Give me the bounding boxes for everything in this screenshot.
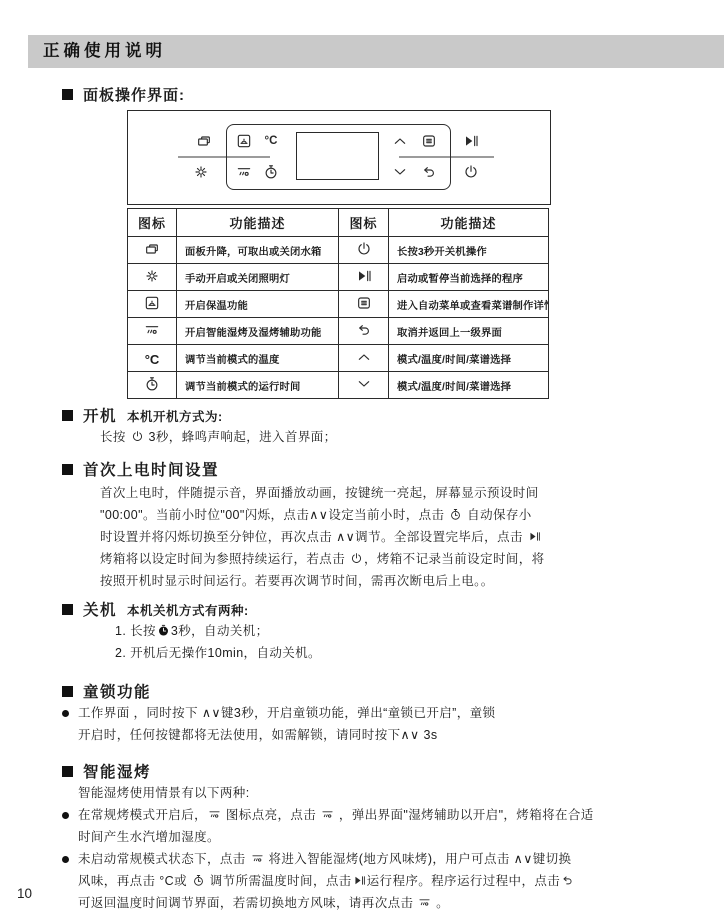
panel-screen xyxy=(296,132,379,180)
wet-bake-icon xyxy=(208,808,221,821)
power-icon xyxy=(350,552,363,565)
icon-cell xyxy=(128,237,177,264)
power-icon xyxy=(463,164,479,180)
child-lock-line: 工作界面 ，同时按下 ∧∨键3秒，开启童锁功能，弹出“童锁已开启”，童锁 xyxy=(78,702,707,724)
lamp-icon xyxy=(193,164,209,180)
icon-cell xyxy=(128,264,177,291)
smart-wet-line: 在常规烤模式开启后， 图标点亮，点击 ，弹出界面"湿烤辅助以开启"，烤箱将在合适 xyxy=(78,804,707,826)
return-icon xyxy=(561,874,574,887)
play-pause-icon xyxy=(463,133,479,149)
timer-icon xyxy=(144,376,160,392)
section-power-off-heading: 关机 本机关机方式有两种: xyxy=(62,598,707,620)
icon-cell xyxy=(339,345,389,372)
desc-cell: 进入自动菜单或查看菜谱制作详情 xyxy=(389,291,549,318)
column-header: 功能描述 xyxy=(389,209,549,237)
first-time-line: 时设置并将闪烁切换至分钟位，再次点击 ∧∨调节。全部设置完毕后，点击 xyxy=(100,526,707,548)
down-icon xyxy=(392,164,408,180)
desc-cell: 调节当前模式的运行时间 xyxy=(177,372,339,399)
panel-lift-icon xyxy=(144,241,160,257)
keep-warm-icon xyxy=(144,295,160,311)
table-header-row: 图标 功能描述 图标 功能描述 xyxy=(128,209,549,237)
desc-cell: 开启保温功能 xyxy=(177,291,339,318)
play-pause-icon xyxy=(528,530,541,543)
section-smart-wet-heading: 智能湿烤 xyxy=(62,760,707,782)
page-header: 正确使用说明 xyxy=(28,35,724,68)
smart-wet-line: 时间产生水汽增加湿度。 xyxy=(78,826,707,848)
square-bullet xyxy=(62,604,73,615)
smart-wet-line: 可返回温度时间调节界面，若需切换地方风味，请再次点击 。 xyxy=(78,892,707,914)
section-intro: 本机关机方式有两种: xyxy=(127,601,249,619)
menu-icon xyxy=(356,295,372,311)
play-pause-icon xyxy=(353,874,366,887)
timer-icon xyxy=(449,508,462,521)
wet-bake-icon xyxy=(144,322,160,338)
desc-cell: 调节当前模式的温度 xyxy=(177,345,339,372)
icon-cell xyxy=(339,318,389,345)
smart-wet-bullet: 未启动常规模式状态下，点击 将进入智能湿烤(地方风味烤)，用户可点击 ∧∨键切换… xyxy=(62,848,707,914)
timer-icon xyxy=(263,164,279,180)
icon-cell xyxy=(128,291,177,318)
smart-wet-intro: 智能湿烤使用情景有以下两种: xyxy=(78,782,707,804)
power-icon xyxy=(356,241,372,257)
desc-cell: 取消并返回上一级界面 xyxy=(389,318,549,345)
power-off-item: 1. 长按3秒，自动关机； xyxy=(115,620,707,642)
up-icon xyxy=(356,349,372,365)
column-header: 图标 xyxy=(128,209,177,237)
power-icon xyxy=(131,430,144,443)
column-header: 图标 xyxy=(339,209,389,237)
wet-bake-icon xyxy=(251,852,264,865)
table-body: 面板升降，可取出或关闭水箱长按3秒开关机操作手动开启或关闭照明灯启动或暂停当前选… xyxy=(128,237,549,399)
square-bullet xyxy=(62,89,73,100)
section-title: 开机 xyxy=(83,404,117,426)
first-time-line: 首次上电时，伴随提示音，界面播放动画，按键统一亮起，屏幕显示预设时间 xyxy=(100,482,707,504)
section-title: 首次上电时间设置 xyxy=(83,458,219,480)
temp-icon: °C xyxy=(265,135,278,147)
return-icon xyxy=(421,164,437,180)
square-bullet xyxy=(62,766,73,777)
menu-icon xyxy=(421,133,437,149)
first-time-line: "00:00"。当前小时位"00"闪烁，点击∧∨设定当前小时，点击 自动保存小 xyxy=(100,504,707,526)
icon-cell xyxy=(128,372,177,399)
up-icon xyxy=(392,133,408,149)
temp-icon: °C xyxy=(145,352,160,367)
return-icon xyxy=(356,322,372,338)
child-lock-bullet: 工作界面 ，同时按下 ∧∨键3秒，开启童锁功能，弹出“童锁已开启”，童锁 开启时… xyxy=(62,702,707,746)
wet-bake-icon xyxy=(418,896,431,909)
table-row: °C调节当前模式的温度模式/温度/时间/菜谱选择 xyxy=(128,345,549,372)
section-panel-heading: 面板操作界面: xyxy=(62,84,185,105)
table-row: 开启保温功能进入自动菜单或查看菜谱制作详情 xyxy=(128,291,549,318)
table-row: 面板升降，可取出或关闭水箱长按3秒开关机操作 xyxy=(128,237,549,264)
table-row: 手动开启或关闭照明灯启动或暂停当前选择的程序 xyxy=(128,264,549,291)
section-first-time-heading: 首次上电时间设置 xyxy=(62,458,707,480)
first-time-line: 烤箱将以设定时间为参照持续运行，若点击 ，烤箱不记录当前设定时间，将 xyxy=(100,548,707,570)
desc-cell: 长按3秒开关机操作 xyxy=(389,237,549,264)
table-row: 调节当前模式的运行时间模式/温度/时间/菜谱选择 xyxy=(128,372,549,399)
bullet-dot xyxy=(62,812,69,819)
smart-wet-bullet: 在常规烤模式开启后， 图标点亮，点击 ，弹出界面"湿烤辅助以开启"，烤箱将在合适… xyxy=(62,804,707,848)
desc-cell: 开启智能湿烤及湿烤辅助功能 xyxy=(177,318,339,345)
section-title: 智能湿烤 xyxy=(83,760,151,782)
icon-cell xyxy=(339,372,389,399)
panel-diagram: °C xyxy=(127,110,551,205)
keep-warm-icon xyxy=(236,133,252,149)
power-off-item: 2. 开机后无操作10min，自动关机。 xyxy=(115,642,707,664)
icon-cell xyxy=(339,264,389,291)
lamp-icon xyxy=(144,268,160,284)
smart-wet-line: 风味，再点击 °C或 调节所需温度时间，点击运行程序。程序运行过程中，点击 xyxy=(78,870,707,892)
desc-cell: 启动或暂停当前选择的程序 xyxy=(389,264,549,291)
desc-cell: 面板升降，可取出或关闭水箱 xyxy=(177,237,339,264)
function-table: 图标 功能描述 图标 功能描述 面板升降，可取出或关闭水箱长按3秒开关机操作手动… xyxy=(127,208,549,399)
wet-bake-icon xyxy=(321,808,334,821)
section-child-lock-heading: 童锁功能 xyxy=(62,680,707,702)
desc-cell: 模式/温度/时间/菜谱选择 xyxy=(389,345,549,372)
icon-cell xyxy=(339,291,389,318)
icon-cell: °C xyxy=(128,345,177,372)
down-icon xyxy=(356,376,372,392)
square-bullet xyxy=(62,686,73,697)
smart-wet-line: 未启动常规模式状态下，点击 将进入智能湿烤(地方风味烤)，用户可点击 ∧∨键切换 xyxy=(78,848,707,870)
play-pause-icon xyxy=(356,268,372,284)
manual-text: 开机 本机开机方式为: 长按 3秒，蜂鸣声响起，进入首界面； 首次上电时间设置 … xyxy=(62,404,707,914)
power-on-instruction: 长按 3秒，蜂鸣声响起，进入首界面； xyxy=(100,426,707,448)
bullet-dot xyxy=(62,856,69,863)
column-header: 功能描述 xyxy=(177,209,339,237)
timer-icon xyxy=(192,874,205,887)
page-title: 正确使用说明 xyxy=(28,35,166,68)
section-title: 面板操作界面: xyxy=(83,84,185,105)
section-intro: 本机开机方式为: xyxy=(127,407,223,425)
square-bullet xyxy=(62,464,73,475)
panel-lift-icon xyxy=(196,133,212,149)
timer-filled-icon xyxy=(157,624,170,637)
square-bullet xyxy=(62,410,73,421)
icon-cell xyxy=(339,237,389,264)
desc-cell: 手动开启或关闭照明灯 xyxy=(177,264,339,291)
child-lock-line: 开启时，任何按键都将无法使用，如需解锁，请同时按下∧∨ 3s xyxy=(78,724,707,746)
bullet-dot xyxy=(62,710,69,717)
section-title: 童锁功能 xyxy=(83,680,151,702)
page-number: 10 xyxy=(17,886,32,901)
wet-bake-icon xyxy=(236,164,252,180)
section-title: 关机 xyxy=(83,598,117,620)
first-time-line: 按照开机时显示时间运行。若要再次调节时间，需再次断电后上电。。 xyxy=(100,570,707,592)
desc-cell: 模式/温度/时间/菜谱选择 xyxy=(389,372,549,399)
icon-cell xyxy=(128,318,177,345)
table-row: 开启智能湿烤及湿烤辅助功能取消并返回上一级界面 xyxy=(128,318,549,345)
section-power-on-heading: 开机 本机开机方式为: xyxy=(62,404,707,426)
